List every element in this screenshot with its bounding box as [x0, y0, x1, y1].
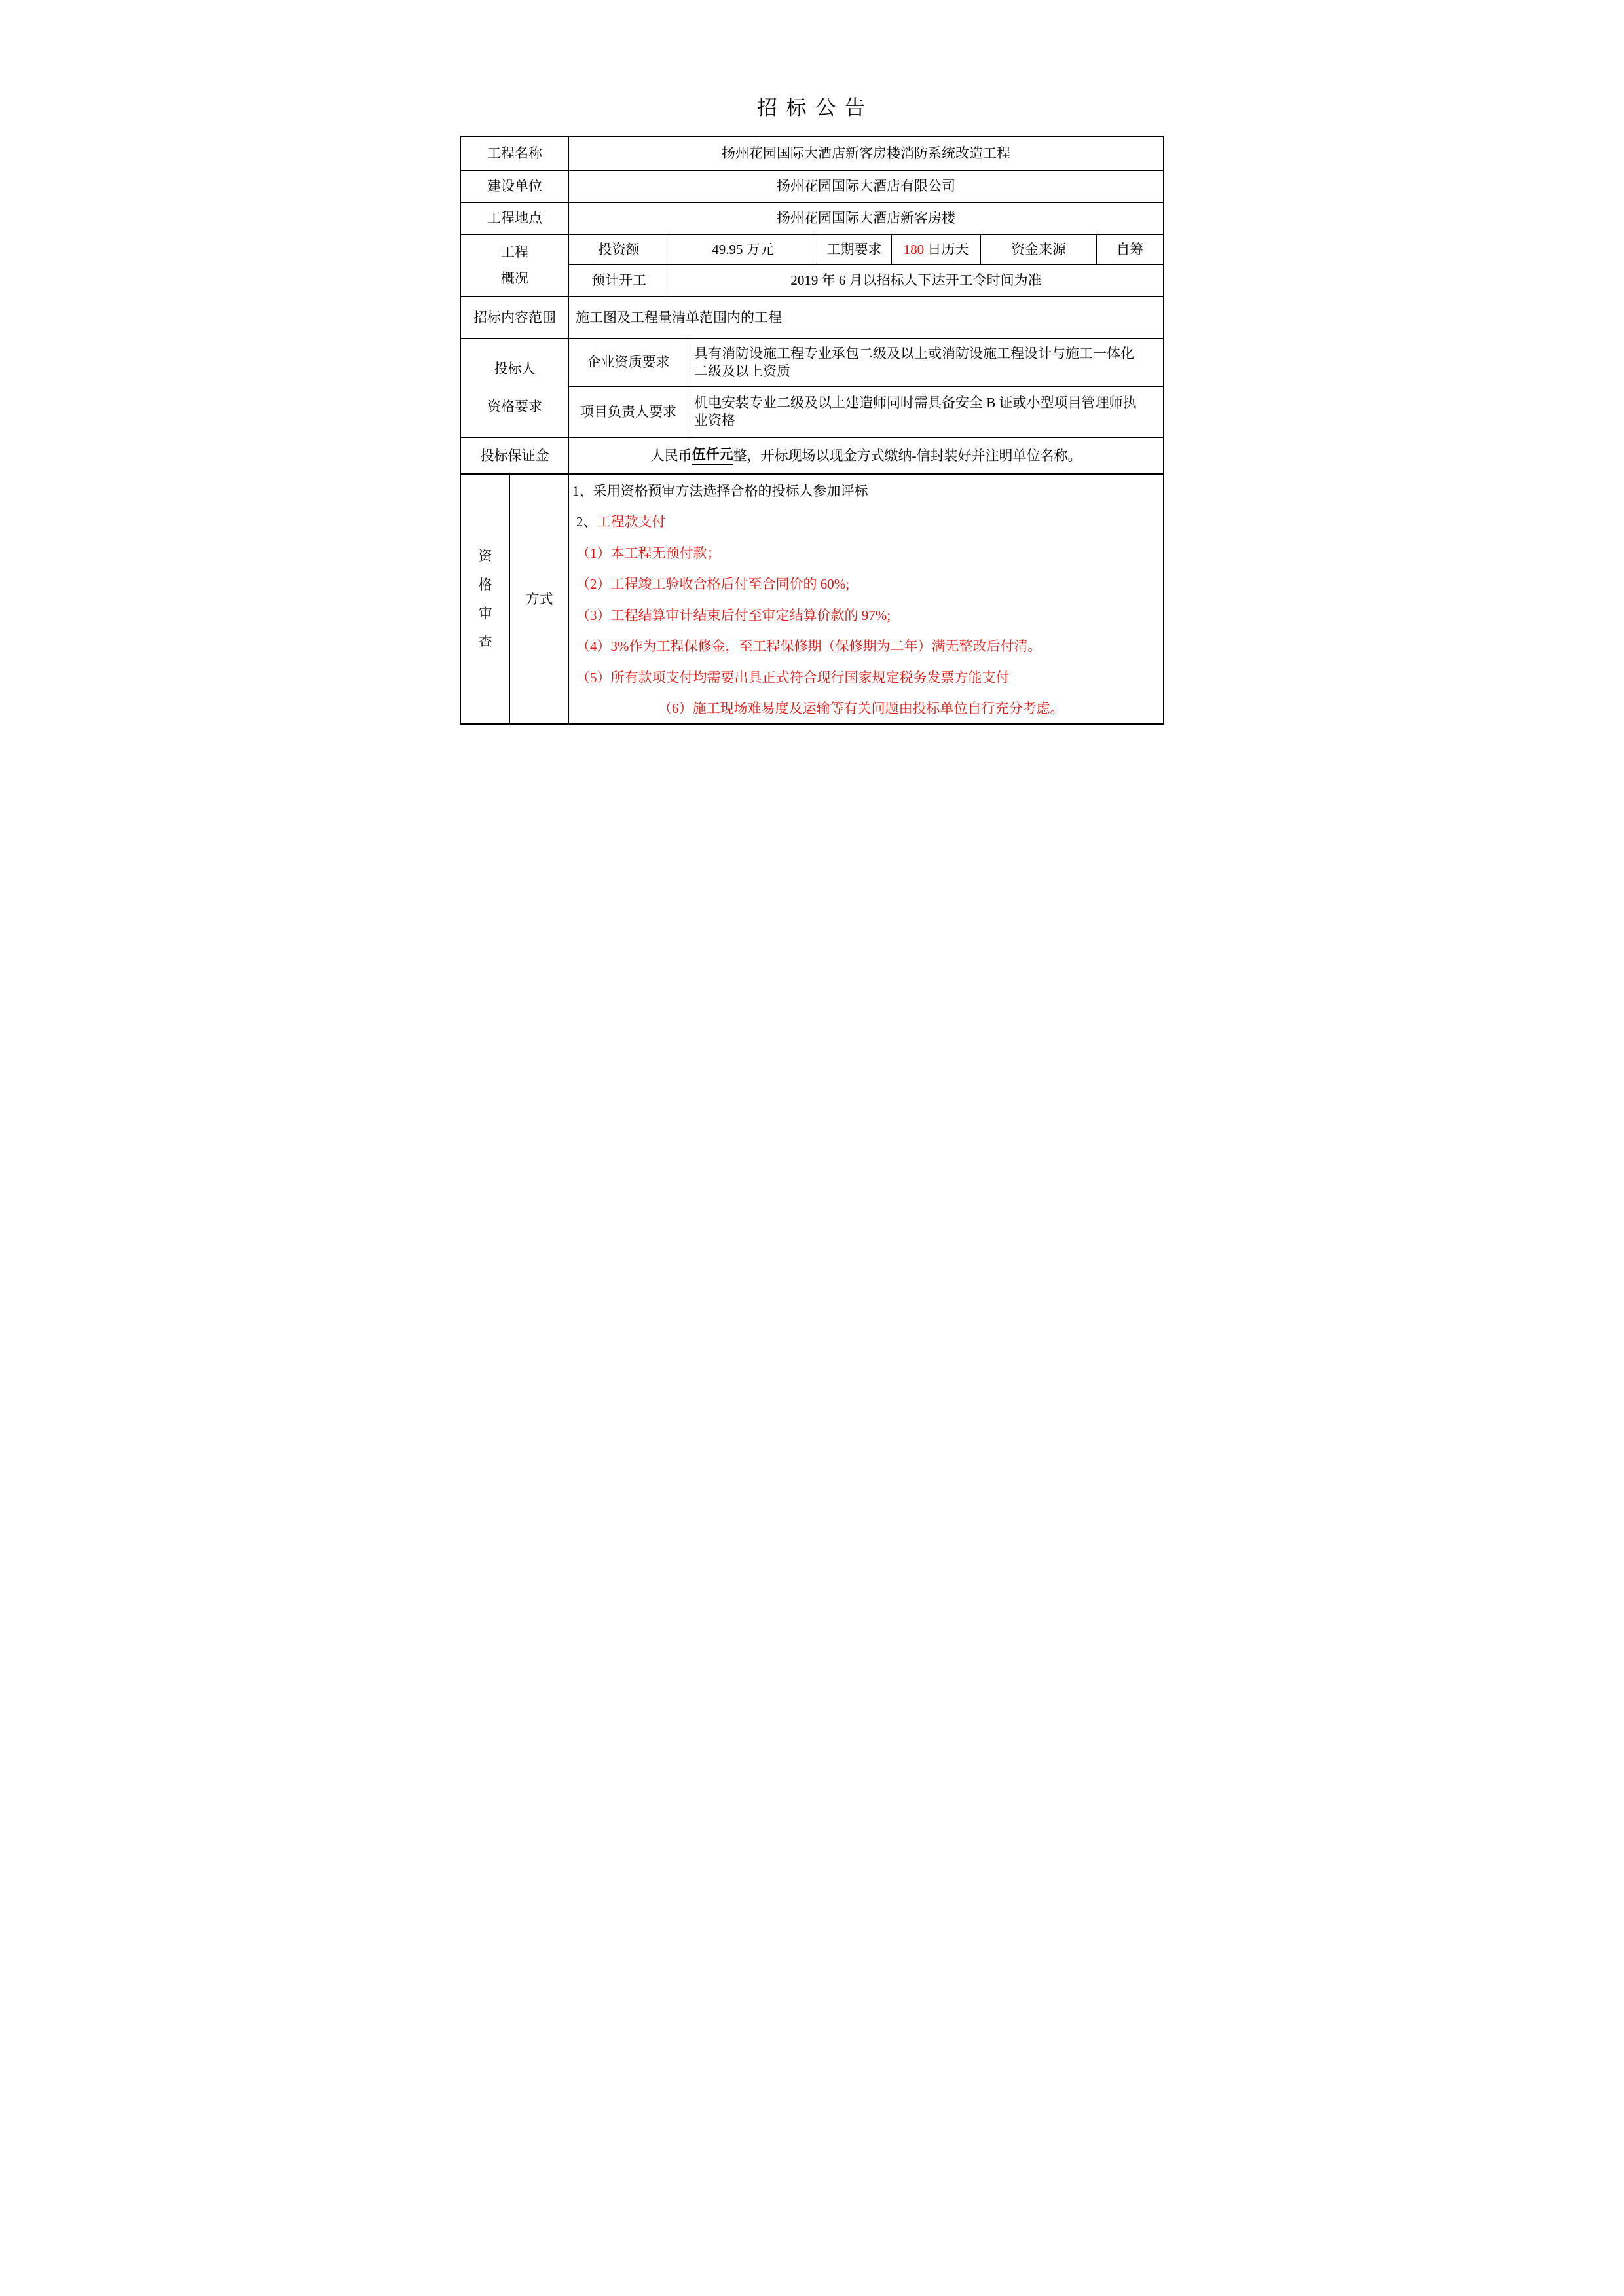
review-item-7-text: 所有款项支付均需要出具正式符合现行国家规定税务发票方能支付: [611, 667, 1010, 687]
deposit-suffix: 整，开标现场以现金方式缴纳-信封装好并注明单位名称。: [733, 447, 1082, 465]
review-label-char-3: 审: [479, 599, 492, 628]
deposit-prefix: 人民币: [651, 447, 692, 465]
review-item-4-num: （2）: [576, 574, 611, 593]
manager-value: 机电安装专业二级及以上建造师同时需具备安全 B 证或小型项目管理师执业资格: [688, 387, 1163, 437]
review-item-4: （2）工程竣工验收合格后付至合同价的 60%;: [569, 568, 1163, 600]
funding-value: 自筹: [1096, 235, 1163, 264]
review-item-1: 1、采用资格预审方法选择合格的投标人参加评标: [569, 475, 1163, 506]
review-item-6-num: （4）: [576, 636, 611, 655]
row-qualification: 投标人 资格要求 企业资质要求 具有消防设施工程专业承包二级及以上或消防设施工程…: [461, 339, 1163, 438]
start-label: 预计开工: [569, 265, 669, 296]
review-item-5-text: 工程结算审计结束后付至审定结算价款的 97%;: [611, 605, 891, 625]
review-item-5: （3）工程结算审计结束后付至审定结算价款的 97%;: [569, 599, 1163, 630]
review-item-7: （5）所有款项支付均需要出具正式符合现行国家规定税务发票方能支付: [569, 661, 1163, 693]
project-name-label: 工程名称: [461, 137, 568, 170]
review-item-1-num: 1、: [572, 481, 593, 500]
qualification-subrow-manager: 项目负责人要求 机电安装专业二级及以上建造师同时需具备安全 B 证或小型项目管理…: [569, 387, 1163, 437]
qualification-subrows: 企业资质要求 具有消防设施工程专业承包二级及以上或消防设施工程设计与施工一体化二…: [568, 339, 1163, 437]
row-deposit: 投标保证金 人民币伍仟元整，开标现场以现金方式缴纳-信封装好并注明单位名称。: [461, 438, 1163, 475]
investment-label: 投资额: [569, 235, 669, 264]
review-label-char-4: 查: [479, 628, 492, 657]
review-item-3-num: （1）: [576, 543, 611, 562]
overview-label-line1: 工程: [501, 244, 528, 261]
review-item-7-num: （5）: [576, 667, 611, 687]
review-item-4-text: 工程竣工验收合格后付至合同价的 60%;: [611, 574, 850, 593]
scope-label: 招标内容范围: [461, 297, 568, 338]
document-page: 招 标 公 告 工程名称 扬州花园国际大酒店新客房楼消防系统改造工程 建设单位 …: [406, 0, 1218, 1148]
row-project-name: 工程名称 扬州花园国际大酒店新客房楼消防系统改造工程: [461, 137, 1163, 171]
overview-label-line2: 概况: [501, 270, 528, 287]
duration-value-cell: 180 日历天: [891, 235, 980, 264]
review-item-3-text: 本工程无预付款；: [611, 543, 721, 562]
qualification-label: 投标人 资格要求: [461, 339, 568, 437]
review-item-3: （1）本工程无预付款；: [569, 537, 1163, 568]
overview-label: 工程 概况: [461, 235, 568, 296]
row-review: 资 格 审 查 方式 1、采用资格预审方法选择合格的投标人参加评标 2、工程款支…: [461, 475, 1163, 723]
row-owner: 建设单位 扬州花园国际大酒店有限公司: [461, 171, 1163, 203]
manager-label: 项目负责人要求: [569, 387, 688, 437]
start-value: 2019 年 6 月以招标人下达开工令时间为准: [669, 265, 1163, 296]
row-scope: 招标内容范围 施工图及工程量清单范围内的工程: [461, 297, 1163, 339]
review-item-2-num: 2、: [576, 511, 597, 531]
duration-days: 180: [904, 241, 925, 259]
enterprise-value: 具有消防设施工程专业承包二级及以上或消防设施工程设计与施工一体化二级及以上资质: [688, 339, 1163, 386]
deposit-label: 投标保证金: [461, 438, 568, 473]
project-name-value: 扬州花园国际大酒店新客房楼消防系统改造工程: [568, 137, 1163, 170]
overview-subrow-bottom: 预计开工 2019 年 6 月以招标人下达开工令时间为准: [569, 265, 1163, 296]
overview-subrows: 投资额 49.95 万元 工期要求 180 日历天 资金来源 自筹 预计开工 2…: [568, 235, 1163, 296]
duration-unit: 日历天: [924, 241, 969, 259]
page-title: 招 标 公 告: [406, 94, 1218, 122]
deposit-value: 人民币伍仟元整，开标现场以现金方式缴纳-信封装好并注明单位名称。: [568, 438, 1163, 473]
review-item-6: （4）3%作为工程保修金，至工程保修期（保修期为二年）满无整改后付清。: [569, 630, 1163, 662]
qualification-label-line1: 投标人: [494, 360, 536, 378]
review-item-2: 2、工程款支付: [569, 506, 1163, 538]
review-item-6-text: 3%作为工程保修金，至工程保修期（保修期为二年）满无整改后付清。: [611, 636, 1042, 655]
review-item-8-num: （6）: [658, 698, 693, 718]
tender-table: 工程名称 扬州花园国际大酒店新客房楼消防系统改造工程 建设单位 扬州花园国际大酒…: [460, 136, 1164, 725]
overview-subrow-top: 投资额 49.95 万元 工期要求 180 日历天 资金来源 自筹: [569, 235, 1163, 265]
owner-value: 扬州花园国际大酒店有限公司: [568, 171, 1163, 202]
investment-value: 49.95 万元: [669, 235, 817, 264]
owner-label: 建设单位: [461, 171, 568, 202]
row-location: 工程地点 扬州花园国际大酒店新客房楼: [461, 203, 1163, 235]
review-label-char-2: 格: [479, 570, 492, 599]
review-label: 资 格 审 查: [461, 475, 509, 723]
scope-value: 施工图及工程量清单范围内的工程: [568, 297, 1163, 338]
review-items: 1、采用资格预审方法选择合格的投标人参加评标 2、工程款支付 （1）本工程无预付…: [568, 475, 1163, 723]
qualification-subrow-enterprise: 企业资质要求 具有消防设施工程专业承包二级及以上或消防设施工程设计与施工一体化二…: [569, 339, 1163, 387]
review-label-char-1: 资: [479, 541, 492, 570]
review-item-8-text: 施工现场难易度及运输等有关问题由投标单位自行充分考虑。: [693, 698, 1064, 718]
funding-label: 资金来源: [980, 235, 1096, 264]
review-item-8: （6）施工现场难易度及运输等有关问题由投标单位自行充分考虑。: [569, 693, 1163, 724]
location-label: 工程地点: [461, 203, 568, 234]
enterprise-label: 企业资质要求: [569, 339, 688, 386]
row-overview: 工程 概况 投资额 49.95 万元 工期要求 180 日历天 资金来源 自筹 …: [461, 235, 1163, 297]
qualification-label-line2: 资格要求: [487, 398, 542, 416]
review-item-2-text: 工程款支付: [597, 511, 666, 531]
location-value: 扬州花园国际大酒店新客房楼: [568, 203, 1163, 234]
review-item-1-text: 采用资格预审方法选择合格的投标人参加评标: [593, 481, 868, 500]
review-method-label: 方式: [509, 475, 568, 723]
review-item-5-num: （3）: [576, 605, 611, 625]
duration-label: 工期要求: [817, 235, 891, 264]
deposit-amount: 伍仟元: [692, 446, 733, 465]
